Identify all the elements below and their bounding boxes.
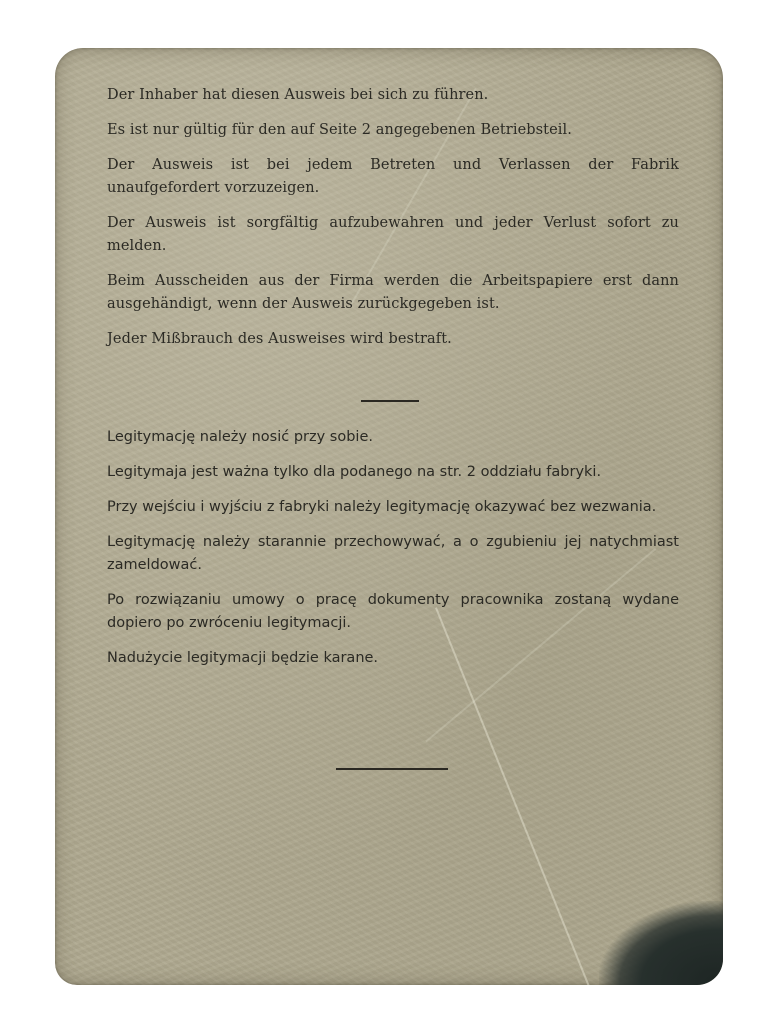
polish-instructions: Legitymację należy nosić przy sobie. Leg… bbox=[107, 426, 679, 682]
section-divider bbox=[361, 400, 419, 402]
polish-paragraph: Legitymację należy starannie przechowywa… bbox=[107, 531, 679, 577]
polish-paragraph: Przy wejściu i wyjściu z fabryki należy … bbox=[107, 496, 679, 519]
polish-paragraph: Nadużycie legitymacji będzie karane. bbox=[107, 647, 679, 670]
end-divider bbox=[336, 768, 448, 770]
identity-card-page: Der Inhaber hat diesen Ausweis bei sich … bbox=[55, 48, 723, 985]
ink-stain-corner bbox=[599, 901, 723, 985]
polish-paragraph: Po rozwiązaniu umowy o pracę dokumenty p… bbox=[107, 589, 679, 635]
polish-paragraph: Legitymaja jest ważna tylko dla podanego… bbox=[107, 461, 679, 484]
german-paragraph: Beim Ausscheiden aus der Firma werden di… bbox=[107, 270, 679, 316]
german-paragraph: Der Inhaber hat diesen Ausweis bei sich … bbox=[107, 84, 679, 107]
polish-paragraph: Legitymację należy nosić przy sobie. bbox=[107, 426, 679, 449]
german-paragraph: Jeder Mißbrauch des Ausweises wird bestr… bbox=[107, 328, 679, 351]
german-paragraph: Der Ausweis ist bei jedem Betreten und V… bbox=[107, 154, 679, 200]
german-paragraph: Es ist nur gültig für den auf Seite 2 an… bbox=[107, 119, 679, 142]
german-paragraph: Der Ausweis ist sorgfältig aufzubewahren… bbox=[107, 212, 679, 258]
german-instructions: Der Inhaber hat diesen Ausweis bei sich … bbox=[107, 84, 679, 363]
